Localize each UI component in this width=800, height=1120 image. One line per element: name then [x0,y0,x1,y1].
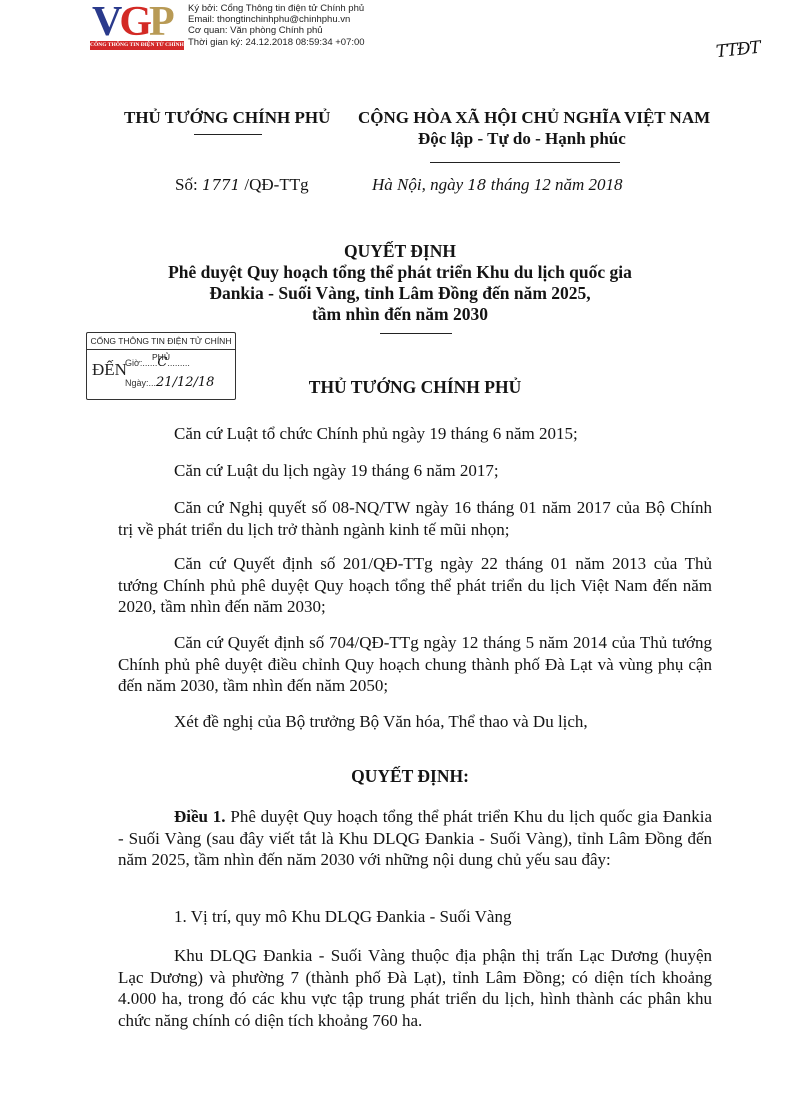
vgp-logo: VGP CỔNG THÔNG TIN ĐIỆN TỬ CHÍNH PHỦ [90,4,182,50]
section-1-heading: 1. Vị trí, quy mô Khu DLQG Đankia - Suối… [118,906,712,928]
authority-heading: THỦ TƯỚNG CHÍNH PHỦ [0,377,800,398]
signed-time: Thời gian ký: 24.12.2018 08:59:34 +07:00 [188,37,365,48]
basis-1: Căn cứ Luật tổ chức Chính phủ ngày 19 th… [118,423,712,445]
basis-3: Căn cứ Nghị quyết số 08-NQ/TW ngày 16 th… [118,497,712,540]
signed-by: Ký bởi: Cổng Thông tin điện tử Chính phủ [188,3,365,14]
issuer-underline [194,134,262,135]
logo-band: CỔNG THÔNG TIN ĐIỆN TỬ CHÍNH PHỦ [90,41,184,50]
document-date: Hà Nội, ngày 18 tháng 12 năm 2018 [372,175,622,195]
signer-email: Email: thongtinchinhphu@chinhphu.vn [188,14,365,25]
motto-underline [430,162,620,163]
article-1: Điều 1. Phê duyệt Quy hoạch tổng thể phá… [118,806,712,871]
digital-signature-info: Ký bởi: Cổng Thông tin điện tử Chính phủ… [188,3,365,48]
issuer-name: THỦ TƯỚNG CHÍNH PHỦ [124,108,330,128]
document-number: Số: 1771 /QĐ-TTg [175,175,309,195]
document-type: QUYẾT ĐỊNH [0,241,800,262]
title-underline [380,333,452,334]
nation-name: CỘNG HÒA XÃ HỘI CHỦ NGHĨA VIỆT NAM [358,108,710,128]
decision-heading: QUYẾT ĐỊNH: [0,766,800,787]
stamp-header: CỔNG THÔNG TIN ĐIỆN TỬ CHÍNH PHỦ [87,333,235,350]
basis-5: Căn cứ Quyết định số 704/QĐ-TTg ngày 12 … [118,632,712,697]
logo-letters: VGP [92,2,172,42]
handwritten-number: 1771 [202,176,240,194]
signer-agency: Cơ quan: Văn phòng Chính phủ [188,25,365,36]
section-1-text: Khu DLQG Đankia - Suối Vàng thuộc địa ph… [118,945,712,1031]
basis-2: Căn cứ Luật du lịch ngày 19 tháng 6 năm … [118,460,712,482]
title-line-2: Đankia - Suối Vàng, tỉnh Lâm Đồng đến nă… [0,283,800,304]
handwritten-mark: TTĐT [715,38,761,62]
handwritten-day: 18 [467,176,486,194]
national-motto: Độc lập - Tự do - Hạnh phúc [418,129,626,149]
title-line-1: Phê duyệt Quy hoạch tổng thể phát triển … [0,262,800,283]
proposal: Xét đề nghị của Bộ trưởng Bộ Văn hóa, Th… [118,711,712,733]
basis-4: Căn cứ Quyết định số 201/QĐ-TTg ngày 22 … [118,553,712,618]
article-1-label: Điều 1. [174,807,226,826]
stamp-time: Giờ:......C......... [125,355,190,370]
title-line-3: tầm nhìn đến năm 2030 [0,304,800,325]
